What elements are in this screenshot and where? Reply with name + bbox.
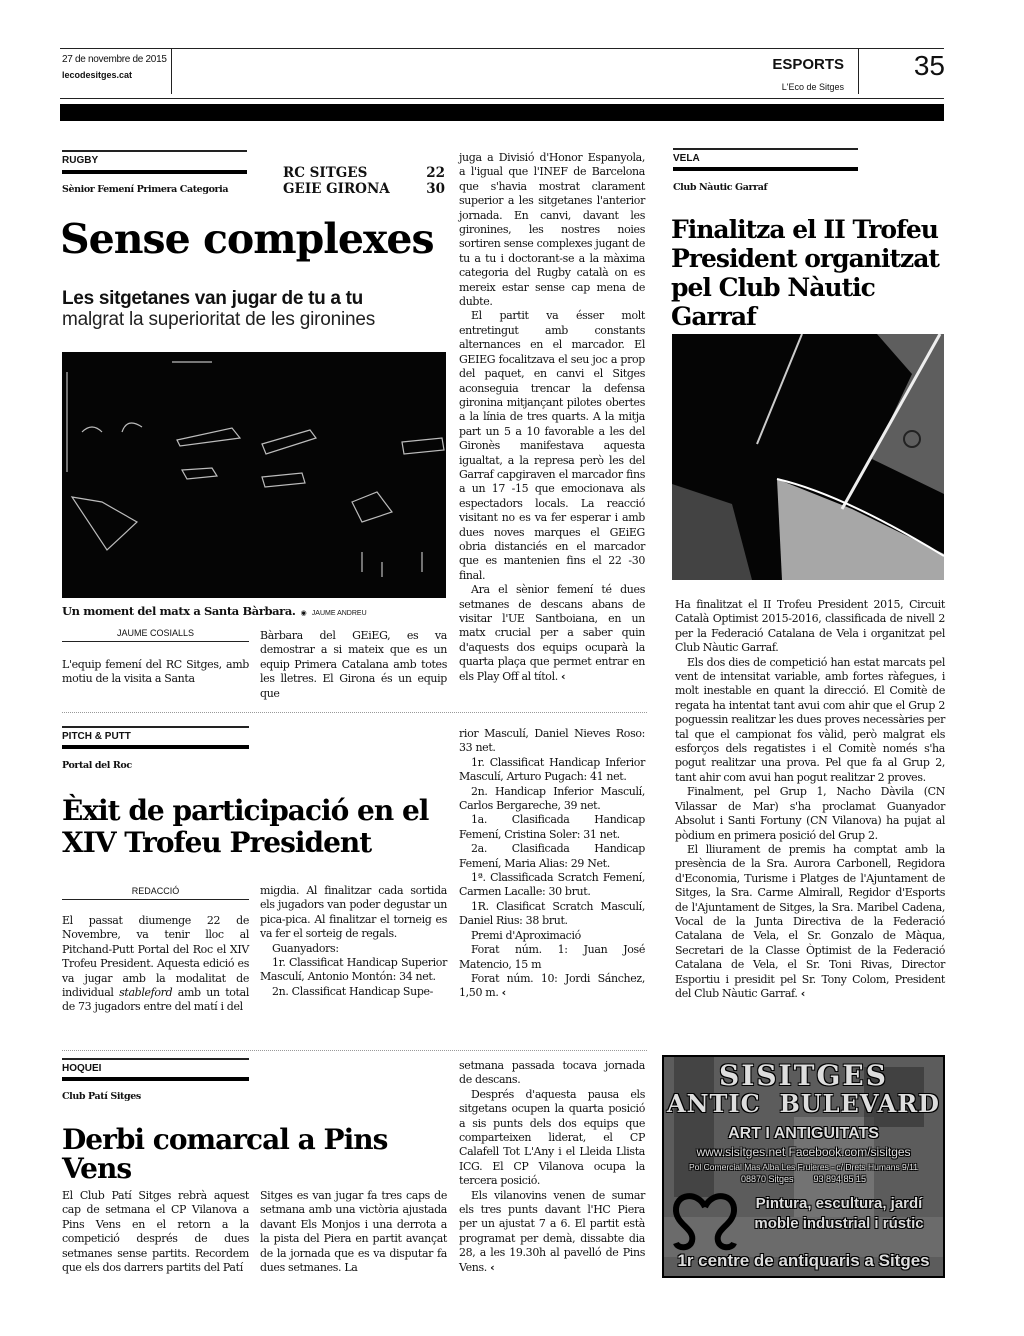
end-mark-icon: ‹	[490, 1261, 494, 1274]
emphasis-text: stableford	[119, 986, 172, 999]
paragraph: Els dos dies de competició han estat mar…	[675, 656, 945, 786]
kicker-bar	[673, 167, 858, 171]
scoreboard: RC SITGES 22 GEIE GIRONA 30	[283, 165, 445, 197]
team-score: 22	[426, 165, 445, 181]
section-kicker: HOQUEI	[62, 1063, 101, 1074]
rugby-players-image	[62, 352, 446, 598]
paragraph: rior Masculí, Daniel Nieves Roso: 33 net…	[459, 727, 645, 756]
kicker-bar	[62, 1077, 249, 1081]
section-kicker: VELA	[673, 153, 700, 164]
ad-services-1: Pintura, escultura, jardí	[734, 1195, 944, 1212]
score-row: RC SITGES 22	[283, 165, 445, 181]
paragraph-text: El lliurament de premis ha comptat amb l…	[675, 843, 945, 1000]
kicker-bar	[62, 170, 247, 174]
page-number: 35	[900, 50, 945, 82]
paragraph: El lliurament de premis ha comptat amb l…	[675, 843, 945, 1001]
paragraph: 1r. Classificat Handicap Superior Mascul…	[260, 956, 447, 985]
deck-light: malgrat la superioritat de les gironines	[62, 309, 375, 331]
header-divider	[858, 48, 859, 94]
paragraph: 1ª. Classificada Scratch Femení, Carmen …	[459, 871, 645, 900]
byline: REDACCIÓ	[62, 886, 249, 900]
sailing-photo	[672, 334, 944, 580]
team-name: GEIE GIRONA	[283, 181, 390, 197]
match-photo	[62, 352, 446, 598]
team-score: 30	[426, 181, 445, 197]
issue-date: 27 de novembre de 2015	[62, 54, 167, 65]
paragraph: Els vilanovins venen de sumar els tres p…	[459, 1189, 645, 1275]
body-column-3: juga a Divisió d'Honor Espanyola, a l'ig…	[459, 151, 645, 684]
ad-tagline: ART I ANTIGUITATS	[664, 1125, 943, 1143]
caption-text: Un moment del matx a Santa Bàrbara.	[62, 604, 296, 618]
kicker-rule	[62, 150, 247, 152]
header-black-band	[60, 104, 944, 121]
sub-kicker: Club Patí Sitges	[62, 1091, 141, 1102]
paragraph: Bàrbara del GEiEG, es va demostrar a si …	[260, 629, 447, 701]
paragraph: juga a Divisió d'Honor Espanyola, a l'ig…	[459, 151, 645, 309]
paragraph: 2a. Clasificada Handicap Femení, Maria A…	[459, 842, 645, 871]
deck-bold: Les sitgetanes van jugar de tu a tu	[62, 288, 363, 310]
paragraph: Forat núm. 1: Juan José Matencio, 15 m	[459, 943, 645, 972]
photo-caption: Un moment del matx a Santa Bàrbara. ◉ JA…	[62, 600, 367, 619]
sub-kicker: Club Nàutic Garraf	[673, 182, 767, 193]
paragraph-text: Els vilanovins venen de sumar els tres p…	[459, 1189, 645, 1274]
byline: JAUME COSIALLS	[62, 628, 249, 642]
body-column-2: Bàrbara del GEiEG, es va demostrar a si …	[260, 629, 447, 701]
kicker-bar	[62, 745, 249, 749]
paragraph: El partit va ésser molt entretingut amb …	[459, 309, 645, 583]
end-mark-icon: ‹	[801, 987, 805, 1000]
header-bottom-rule	[60, 98, 944, 99]
body-column-3: setmana passada tocava jornada de descan…	[459, 1059, 645, 1275]
paragraph: Premi d'Aproximació	[459, 929, 645, 943]
end-mark-icon: ‹	[502, 986, 506, 999]
headline: Derbi comarcal a Pins Vens	[62, 1125, 462, 1184]
paragraph: El passat diumenge 22 de Novembre, va te…	[62, 914, 249, 1015]
heart-ss-logo-icon	[670, 1185, 740, 1255]
paragraph: 1r. Classificat Handicap Inferior Mascul…	[459, 756, 645, 785]
paragraph: Finalment, pel Grup 1, Nacho Dàvila (CN …	[675, 785, 945, 843]
paragraph: El Club Patí Sitges rebrà aquest cap de …	[62, 1189, 249, 1275]
photo-credit: JAUME ANDREU	[312, 610, 367, 617]
sub-kicker: Portal del Roc	[62, 760, 132, 771]
team-name: RC SITGES	[283, 165, 367, 181]
ad-services-2: moble industrial i rústic	[734, 1215, 944, 1232]
paragraph: Ara el sènior femení té dues setmanes de…	[459, 583, 645, 684]
section-kicker: RUGBY	[62, 155, 98, 166]
paragraph: setmana passada tocava jornada de descan…	[459, 1059, 645, 1088]
body-column-1: El passat diumenge 22 de Novembre, va te…	[62, 914, 249, 1015]
ad-title: SISITGES	[664, 1059, 943, 1092]
camera-icon: ◉	[301, 610, 307, 617]
body-column-2: Sitges es van jugar fa tres caps de setm…	[260, 1189, 447, 1275]
paragraph-text: Forat núm. 10: Jordi Sánchez, 1,50 m.	[459, 972, 645, 999]
body-column-2: migdia. Al finalitzar cada sortida els j…	[260, 884, 447, 999]
paragraph: Després d'aquesta pausa els sitgetans oc…	[459, 1088, 645, 1189]
header-top-rule	[60, 48, 944, 49]
site-url: lecodesitges.cat	[62, 70, 132, 80]
kicker-rule	[62, 726, 249, 728]
paragraph: 2n. Handicap Inferior Masculí, Carlos Be…	[459, 785, 645, 814]
kicker-rule	[62, 1058, 249, 1060]
paragraph: Ha finalitzat el II Trofeu President 201…	[675, 598, 945, 656]
section-divider	[62, 1050, 647, 1051]
body-column-3: rior Masculí, Daniel Nieves Roso: 33 net…	[459, 727, 645, 1001]
end-mark-icon: ‹	[561, 670, 565, 683]
paragraph: Guanyadors:	[260, 942, 447, 956]
advertisement-sisitges[interactable]: SISITGES ANTIC BULEVARD ART I ANTIGUITAT…	[662, 1055, 945, 1278]
section-title: ESPORTS	[740, 56, 844, 73]
newspaper-name: L'Eco de Sitges	[740, 82, 844, 92]
paragraph: migdia. Al finalitzar cada sortida els j…	[260, 884, 447, 942]
section-kicker: PITCH & PUTT	[62, 731, 131, 742]
kicker-rule	[673, 148, 858, 150]
ad-address: Pol Comercial Mas Alba Les Fruieres - c/…	[664, 1162, 943, 1172]
body-column-1: El Club Patí Sitges rebrà aquest cap de …	[62, 1189, 249, 1275]
headline: Finalitza el II Trofeu President organit…	[671, 215, 951, 331]
paragraph: L'equip femení del RC Sitges, amb motiu …	[62, 658, 249, 687]
section-divider	[62, 712, 647, 713]
body-column: Ha finalitzat el II Trofeu President 201…	[675, 598, 945, 1001]
ad-footer: 1r centre de antiquaris a Sitges	[664, 1251, 943, 1271]
sub-kicker: Sènior Femení Primera Categoria	[62, 184, 228, 195]
ad-web-link[interactable]: www.sisitges.net Facebook.com/sisitges	[664, 1145, 943, 1159]
headline: Sense complexes	[60, 218, 434, 261]
paragraph: 1a. Clasificada Handicap Femení, Cristin…	[459, 813, 645, 842]
paragraph: Forat núm. 10: Jordi Sánchez, 1,50 m. ‹	[459, 972, 645, 1001]
header-divider	[171, 48, 172, 94]
body-column-1: L'equip femení del RC Sitges, amb motiu …	[62, 658, 249, 687]
paragraph: 2n. Classificat Handicap Supe-	[260, 985, 447, 999]
ad-subtitle: ANTIC BULEVARD	[664, 1089, 943, 1118]
ad-phone: 08870 Sitges 93 894 85 15	[664, 1174, 943, 1184]
paragraph: 1R. Clasificat Scratch Masculí, Daniel R…	[459, 900, 645, 929]
score-row: GEIE GIRONA 30	[283, 181, 445, 197]
paragraph: Sitges es van jugar fa tres caps de setm…	[260, 1189, 447, 1275]
sailboat-image	[672, 334, 944, 580]
paragraph-text: Ara el sènior femení té dues setmanes de…	[459, 583, 645, 682]
headline: Èxit de participació en el XIV Trofeu Pr…	[62, 795, 452, 859]
